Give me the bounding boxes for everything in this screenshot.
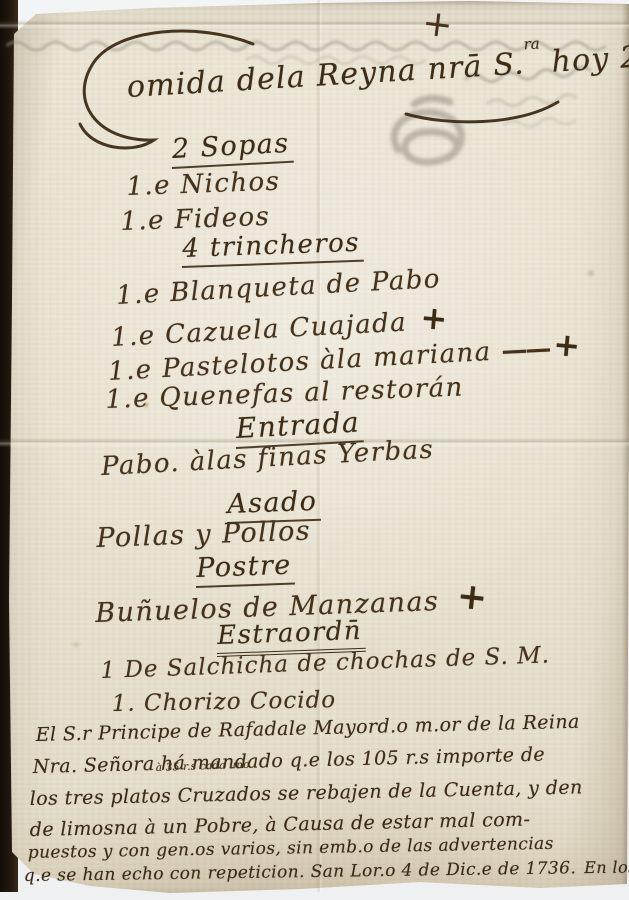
inserted-cross-mark: +	[552, 325, 582, 365]
section-heading-trincheros: 4 trincheros	[181, 228, 364, 268]
heading-text: 2 Sopas	[170, 128, 293, 169]
manuscript-scan: + omida dela Reyna nrā S.ra hoy 2. 2 Sop…	[0, 0, 629, 900]
title-tail-text: hoy 2.	[551, 39, 629, 80]
note-tail-text: En los terminos	[584, 856, 629, 877]
top-cross-mark: +	[420, 2, 456, 47]
strike-dash: ——	[501, 334, 551, 366]
menu-item-nichos: 1.e Nichos	[126, 167, 281, 202]
menu-item-chorizo: 1. Chorizo Cocido	[112, 687, 337, 717]
heading-text: 4 trincheros	[181, 228, 364, 268]
inserted-cross-mark: +	[455, 574, 489, 619]
title-underline-flourish	[398, 96, 568, 130]
section-heading-sopas: 2 Sopas	[170, 128, 293, 169]
title-superscript: ra	[523, 34, 540, 53]
